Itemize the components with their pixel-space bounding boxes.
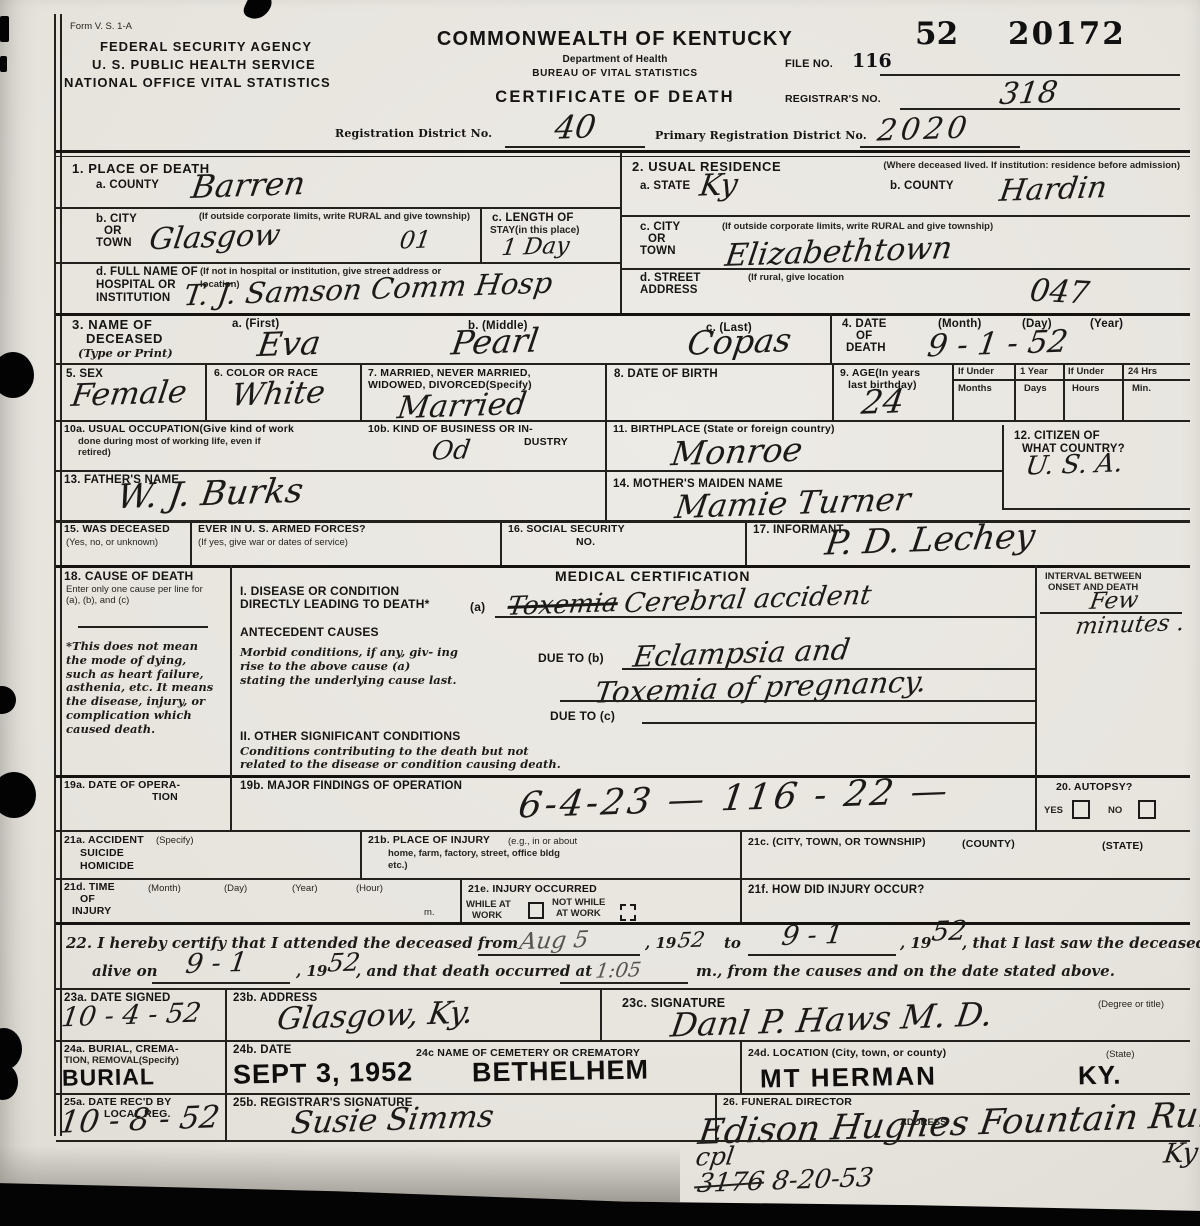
burial-date-value: SEPT 3, 1952 — [233, 1056, 414, 1090]
rule — [360, 363, 362, 420]
place-of-injury-note: (e.g., in or about — [508, 837, 577, 848]
burial-type-label: 24a. BURIAL, CREMA- — [64, 1044, 179, 1056]
date-of-death-label: OF — [856, 330, 872, 343]
scan-mark — [0, 1064, 18, 1100]
alive-on-value: 9 - 1 — [184, 947, 249, 980]
residence-county-label: b. COUNTY — [890, 180, 954, 193]
rule — [740, 1040, 742, 1093]
place-of-death-label: 1. PLACE OF DEATH — [72, 162, 210, 177]
armed-forces-note: (Yes, no, or unknown) — [66, 538, 158, 549]
hospital-label: INSTITUTION — [96, 292, 170, 305]
autopsy-yes-label: YES — [1044, 806, 1063, 817]
cause-of-death-label: 18. CAUSE OF DEATH — [64, 570, 193, 583]
due-to-c-label: DUE TO (c) — [550, 710, 615, 723]
if-under-24hrs-label: If Under — [1068, 367, 1104, 378]
residence-city-label: OR — [648, 233, 666, 246]
residence-state-value: Ky — [697, 167, 740, 203]
rule — [620, 152, 622, 313]
if-under-24hrs-label: 24 Hrs — [1128, 367, 1157, 378]
rule — [56, 363, 1190, 365]
rule — [225, 988, 227, 1040]
injury-city-label: 21c. (CITY, TOWN, OR TOWNSHIP) — [748, 837, 926, 849]
rule — [1035, 565, 1037, 775]
reg-district-label: Registration District No. — [335, 128, 492, 140]
burial-date-label: 24b. DATE — [233, 1044, 291, 1057]
rule — [505, 146, 645, 148]
rule — [56, 262, 620, 264]
township-code-value: 01 — [398, 225, 433, 254]
last-name-value: Copas — [685, 320, 794, 363]
rule — [478, 954, 640, 956]
injury-occurred-label: 21e. INJURY OCCURRED — [468, 884, 597, 896]
rule — [56, 156, 1190, 157]
rule — [56, 830, 1190, 832]
rule — [225, 1093, 227, 1140]
hospital-label: d. FULL NAME OF — [96, 266, 198, 279]
burial-type-value: BURIAL — [62, 1063, 155, 1092]
citizen-label: 12. CITIZEN OF — [1014, 430, 1100, 443]
rule — [56, 878, 1190, 880]
certify-statement: , 19 — [296, 962, 327, 980]
file-no-label: FILE NO. — [785, 58, 833, 70]
place-of-injury-note: home, farm, factory, street, office bldg — [388, 849, 560, 860]
rule — [56, 775, 1190, 778]
not-while-at-work-label: AT WORK — [556, 909, 601, 920]
cause-of-death-footnote: *This does not mean the mode of dying, s… — [66, 640, 218, 737]
agency-line3: NATIONAL OFFICE VITAL STATISTICS — [64, 76, 331, 91]
rule — [740, 830, 742, 878]
armed-forces-label: 15. WAS DECEASED — [64, 524, 170, 536]
registrar-no-value: 318 — [997, 75, 1060, 112]
cause-of-death-note: Enter only one cause per line for (a), (… — [66, 585, 216, 607]
sex-value: Female — [69, 374, 189, 414]
rule — [620, 268, 1190, 270]
disease-label: DIRECTLY LEADING TO DEATH* — [240, 598, 429, 611]
punch-hole — [0, 352, 34, 398]
antecedent-causes-note: Morbid conditions, if any, giv- ing rise… — [240, 646, 458, 687]
days-label: Days — [1024, 384, 1047, 395]
rule — [560, 700, 1035, 702]
autopsy-no-label: NO — [1108, 806, 1122, 817]
accident-label: 21a. ACCIDENT — [64, 835, 144, 847]
major-findings-value: 6-4-23 — 116 - 22 — — [516, 771, 953, 827]
rule — [225, 1040, 227, 1093]
certify-statement: , and that death occurred at — [356, 962, 592, 980]
date-of-operation-label: 19a. DATE OF OPERA- — [64, 780, 180, 792]
citizen-value: U. S. A. — [1024, 448, 1125, 481]
primary-district-value: 2020 — [875, 110, 973, 148]
ink-blot — [241, 0, 274, 24]
medical-certification-title: MEDICAL CERTIFICATION — [555, 569, 750, 585]
scan-mark — [0, 56, 7, 72]
date-of-death-value: 9 - 1 - 52 — [925, 324, 1070, 365]
ssn-label: NO. — [576, 537, 595, 549]
age-value: 24 — [859, 381, 907, 421]
rule — [1122, 363, 1124, 420]
length-of-stay-value: 1 Day — [500, 233, 571, 261]
annotation-number-date: 3176 8-20-53 — [695, 1163, 875, 1199]
agency-line1: FEDERAL SECURITY AGENCY — [100, 40, 312, 55]
while-at-work-label: WORK — [472, 911, 502, 922]
signature-degree-note: (Degree or title) — [1098, 1000, 1164, 1011]
armed-forces-label: EVER IN U. S. ARMED FORCES? — [198, 524, 366, 536]
accident-specify-note: (Specify) — [156, 836, 193, 847]
rule — [190, 520, 192, 565]
date-of-birth-label: 8. DATE OF BIRTH — [614, 368, 718, 381]
time-month-label: (Month) — [148, 884, 181, 895]
first-name-value: Eva — [255, 323, 323, 364]
business-label: 10b. KIND OF BUSINESS OR IN- — [368, 424, 533, 436]
punch-hole — [0, 772, 36, 818]
rule — [495, 616, 1035, 618]
interval-value: Few — [1088, 587, 1140, 615]
signer-address-value: Glasgow, Ky. — [275, 995, 476, 1038]
certify-statement: , 19 — [900, 934, 931, 952]
rule — [480, 207, 482, 262]
certify-statement: to — [724, 934, 741, 952]
rule — [900, 108, 1180, 110]
rule — [56, 420, 1190, 422]
cemetery-value: BETHELHEM — [472, 1054, 650, 1088]
place-of-injury-label: 21b. PLACE OF INJURY — [368, 835, 490, 847]
rule — [748, 954, 896, 956]
name-of-deceased-label: DECEASED — [86, 332, 163, 347]
rule — [230, 775, 232, 830]
rule — [620, 215, 1190, 217]
death-time-value: 1:05 — [594, 957, 643, 983]
rule — [56, 313, 1190, 316]
business-label: DUSTRY — [524, 437, 568, 449]
not-while-at-work-checkbox[interactable] — [620, 904, 636, 921]
county-value: Barren — [189, 164, 308, 206]
rule — [460, 878, 462, 922]
occupation-label: retired) — [78, 448, 111, 459]
left-margin-rule — [54, 14, 56, 1136]
hospital-label: HOSPITAL OR — [96, 279, 176, 292]
months-label: Months — [958, 384, 992, 395]
rule — [1063, 363, 1065, 420]
file-no-value: 116 — [852, 50, 892, 72]
rule — [832, 363, 834, 420]
interval-value: minutes . — [1074, 610, 1186, 640]
rule — [745, 520, 747, 565]
birthplace-value: Monroe — [669, 430, 805, 474]
homicide-label: HOMICIDE — [80, 861, 134, 873]
date-received-value: 10 - 8 - 52 — [57, 1099, 222, 1141]
certify-statement: , that I last saw the deceased — [962, 934, 1200, 952]
funeral-director-state: Ky — [1162, 1137, 1200, 1169]
type-or-print-note: (Type or Print) — [78, 347, 173, 361]
rule — [1014, 363, 1016, 420]
age-label: 9. AGE(In years — [840, 368, 920, 380]
informant-signature: P. D. Lechey — [823, 516, 1038, 563]
street-address-label: ADDRESS — [640, 284, 698, 297]
date-signed-value: 10 - 4 - 52 — [59, 998, 203, 1034]
agency-line2: U. S. PUBLIC HEALTH SERVICE — [92, 58, 316, 73]
burial-location-value: MT HERMAN — [760, 1060, 937, 1094]
street-address-value: 047 — [1027, 272, 1091, 311]
time-of-injury-label: 21d. TIME — [64, 882, 115, 894]
rule — [560, 982, 688, 984]
while-at-work-checkbox[interactable] — [528, 902, 544, 919]
time-m-label: m. — [424, 908, 435, 919]
year-label: (Year) — [1090, 318, 1123, 331]
marital-status-label: 7. MARRIED, NEVER MARRIED, — [368, 368, 531, 380]
other-conditions-label: II. OTHER SIGNIFICANT CONDITIONS — [240, 730, 460, 743]
place-of-injury-note: etc.) — [388, 861, 408, 872]
scan-mark — [0, 686, 16, 714]
certificate-title: CERTIFICATE OF DEATH — [440, 88, 790, 106]
rule — [830, 313, 832, 363]
occupation-label: 10a. USUAL OCCUPATION(Give kind of work — [64, 424, 294, 436]
rule — [1035, 775, 1037, 830]
burial-location-state-value: KY. — [1078, 1060, 1122, 1092]
form-number: Form V. S. 1-A — [70, 22, 132, 33]
cause-a-value: Cerebral accident — [622, 580, 873, 620]
rule — [500, 520, 502, 565]
suicide-label: SUICIDE — [80, 848, 124, 860]
rule — [952, 363, 954, 420]
autopsy-no-checkbox[interactable] — [1138, 800, 1156, 819]
dept-of-health: Department of Health — [505, 54, 725, 65]
certify-statement: 22. I hereby certify that I attended the… — [66, 934, 518, 952]
left-margin-rule — [60, 14, 62, 1136]
certify-statement: m., from the causes and on the date stat… — [696, 962, 1115, 980]
stamp-certificate-number: 20172 — [1008, 16, 1126, 52]
disease-a-label: (a) — [470, 601, 485, 614]
city-label: TOWN — [96, 237, 132, 250]
rule — [740, 878, 742, 922]
funeral-director-label: 26. FUNERAL DIRECTOR — [723, 1097, 852, 1109]
registrar-no-label: REGISTRAR'S NO. — [785, 94, 881, 106]
city-label: b. CITY — [96, 213, 137, 226]
rule — [952, 379, 1190, 381]
city-value: Glasgow — [147, 218, 282, 258]
business-value: Od — [430, 435, 472, 466]
rule — [56, 150, 1190, 153]
hours-label: Hours — [1072, 384, 1099, 395]
rule — [56, 207, 620, 209]
rule — [600, 988, 602, 1040]
registrar-signature: Susie Simms — [289, 1099, 496, 1142]
rule — [152, 982, 290, 984]
rule — [56, 922, 1190, 925]
autopsy-label: 20. AUTOPSY? — [1056, 782, 1133, 794]
death-certificate-scan: Form V. S. 1-A FEDERAL SECURITY AGENCY U… — [0, 0, 1200, 1226]
attended-from-year: 52 — [676, 928, 706, 953]
date-of-death-label: 4. DATE — [842, 318, 887, 331]
how-injury-occurred-label: 21f. HOW DID INJURY OCCUR? — [748, 884, 924, 897]
attended-from-value: Aug 5 — [518, 927, 590, 955]
ssn-label: 16. SOCIAL SECURITY — [508, 524, 625, 536]
stamp-volume-number: 52 — [915, 16, 958, 52]
residence-county-value: Hardin — [997, 170, 1109, 209]
if-under-1yr-label: 1 Year — [1020, 367, 1048, 378]
county-label: a. COUNTY — [96, 179, 159, 192]
due-to-b-label: DUE TO (b) — [538, 652, 604, 665]
rule — [1002, 508, 1190, 510]
rule — [360, 830, 362, 878]
rule — [56, 470, 1002, 472]
scan-mark — [0, 16, 9, 42]
rule — [605, 363, 607, 520]
injury-county-label: (COUNTY) — [962, 839, 1015, 851]
minutes-label: Min. — [1132, 384, 1151, 395]
residence-city-label: c. CITY — [640, 221, 680, 234]
middle-name-value: Pearl — [449, 321, 541, 363]
certify-statement: alive on — [92, 962, 158, 980]
rule — [230, 565, 232, 775]
time-day-label: (Day) — [224, 884, 247, 895]
rule — [860, 146, 1020, 148]
if-under-1yr-label: If Under — [958, 367, 994, 378]
street-address-note: (If rural, give location — [748, 273, 844, 284]
length-of-stay-label: c. LENGTH OF — [492, 212, 574, 225]
fathers-name-value: W. J. Burks — [115, 471, 306, 517]
autopsy-yes-checkbox[interactable] — [1072, 800, 1090, 819]
rule — [78, 626, 208, 628]
major-findings-label: 19b. MAJOR FINDINGS OF OPERATION — [240, 780, 462, 793]
usual-residence-note: (Where deceased lived. If institution: r… — [805, 161, 1180, 172]
time-year-label: (Year) — [292, 884, 318, 895]
time-of-injury-label: OF — [80, 894, 95, 906]
rule — [1002, 425, 1004, 510]
rule — [205, 363, 207, 420]
rule — [642, 722, 1035, 724]
other-conditions-note: related to the disease or condition caus… — [240, 758, 620, 772]
primary-district-label: Primary Registration District No. — [655, 130, 867, 142]
bureau-line: BUREAU OF VITAL STATISTICS — [495, 68, 735, 79]
injury-state-label: (STATE) — [1102, 841, 1143, 853]
time-of-injury-label: INJURY — [72, 906, 111, 918]
race-value: White — [229, 374, 327, 413]
commonwealth-title: COMMONWEALTH OF KENTUCKY — [405, 28, 825, 50]
certify-statement: , 19 — [645, 934, 676, 952]
residence-city-label: TOWN — [640, 245, 676, 258]
residence-state-label: a. STATE — [640, 180, 690, 193]
date-of-death-label: DEATH — [846, 342, 886, 355]
armed-forces-note: (If yes, give war or dates of service) — [198, 538, 348, 549]
antecedent-causes-label: ANTECEDENT CAUSES — [240, 626, 379, 639]
attended-to-value: 9 - 1 — [780, 919, 845, 952]
reg-district-value: 40 — [552, 107, 598, 146]
date-of-operation-label: TION — [152, 792, 178, 804]
street-address-label: d. STREET — [640, 272, 701, 285]
city-label: OR — [104, 225, 122, 238]
rule — [56, 1140, 1190, 1142]
burial-location-label: 24d. LOCATION (City, town, or county) — [748, 1048, 946, 1060]
time-hour-label: (Hour) — [356, 884, 383, 895]
